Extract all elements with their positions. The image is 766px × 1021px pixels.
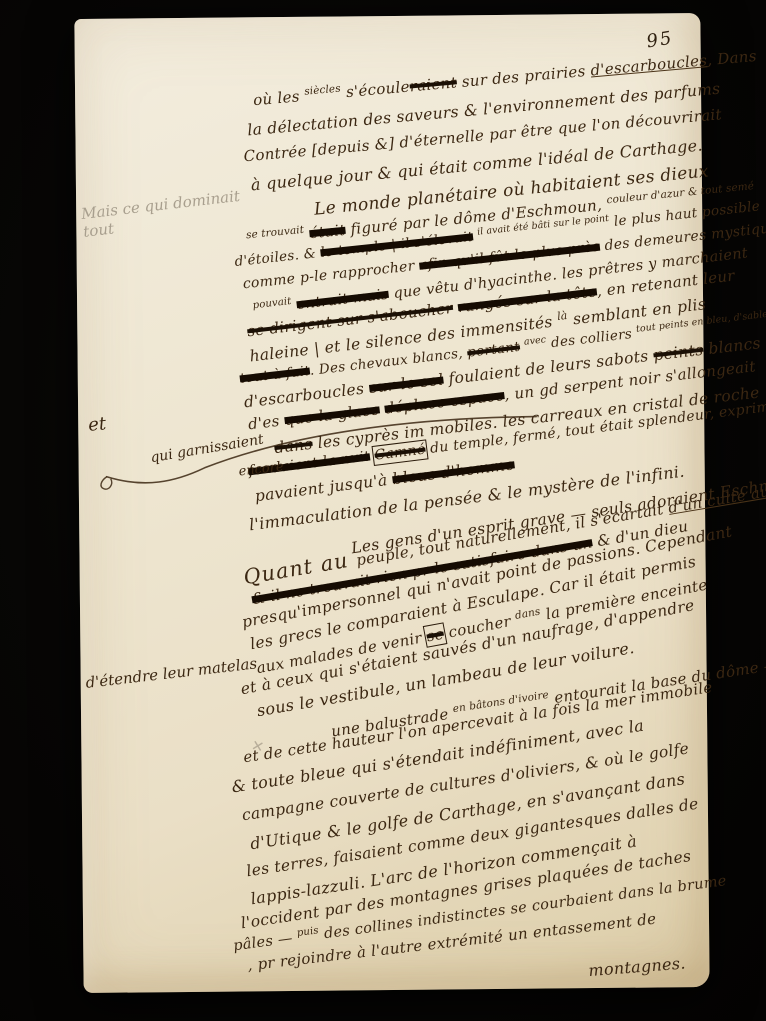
ink-margin-note: d'étendre leur matelas (85, 654, 258, 692)
ink-margin-note: qui garnissaient (149, 431, 265, 466)
struck-text: tout à fait (239, 363, 311, 387)
interline-addition: puis (296, 925, 319, 939)
interline-addition: avec (523, 334, 546, 347)
margin-note-line: d'étendre leur matelas (85, 654, 258, 692)
manuscript-line: montagnes. (588, 953, 687, 980)
handwritten-text: d'étoiles. & (234, 245, 321, 270)
margin-note-line: encore (238, 459, 285, 479)
handwritten-text: s'écoule (340, 78, 410, 102)
handwritten-text: montagnes. (588, 953, 687, 980)
struck-text: raient (409, 73, 458, 95)
handwritten-text: d'escarboucles (590, 51, 708, 79)
paper: 95 ✕ où les siècles s'écouleraient sur d… (74, 13, 709, 993)
photo-backdrop: 95 ✕ où les siècles s'écouleraient sur d… (0, 0, 766, 1021)
handwritten-text: d'es (247, 411, 285, 433)
interline-addition: siècles (304, 83, 341, 98)
struck-text: était (309, 221, 347, 242)
struck-text: dans (273, 435, 313, 457)
struck-text: portant (466, 339, 520, 361)
struck-text: Camné (374, 442, 427, 464)
handwritten-text: d'un culte austère (667, 475, 766, 516)
handwritten-text: où les (252, 87, 305, 109)
handwritten-text: sur des prairies (456, 62, 591, 92)
handwritten-text: blancs (702, 334, 761, 358)
margin-note-line: et (87, 413, 107, 436)
struck-text: bleus d'homme (391, 455, 515, 488)
ink-margin-note: et (87, 413, 107, 436)
page-number: 95 (645, 27, 675, 52)
ink-bar (710, 296, 712, 314)
interline-addition: se trouvait (246, 224, 305, 242)
ink-margin-note: encore (238, 459, 285, 479)
margin-note-line: qui garnissaient (149, 431, 265, 466)
interline-addition: pouvait (252, 296, 292, 311)
interline-addition: dans (514, 606, 541, 622)
pencil-margin-note: Mais ce qui dominaittout (80, 187, 243, 241)
struck-text: peints (652, 341, 704, 365)
handwritten-text: , Dans (706, 47, 757, 69)
